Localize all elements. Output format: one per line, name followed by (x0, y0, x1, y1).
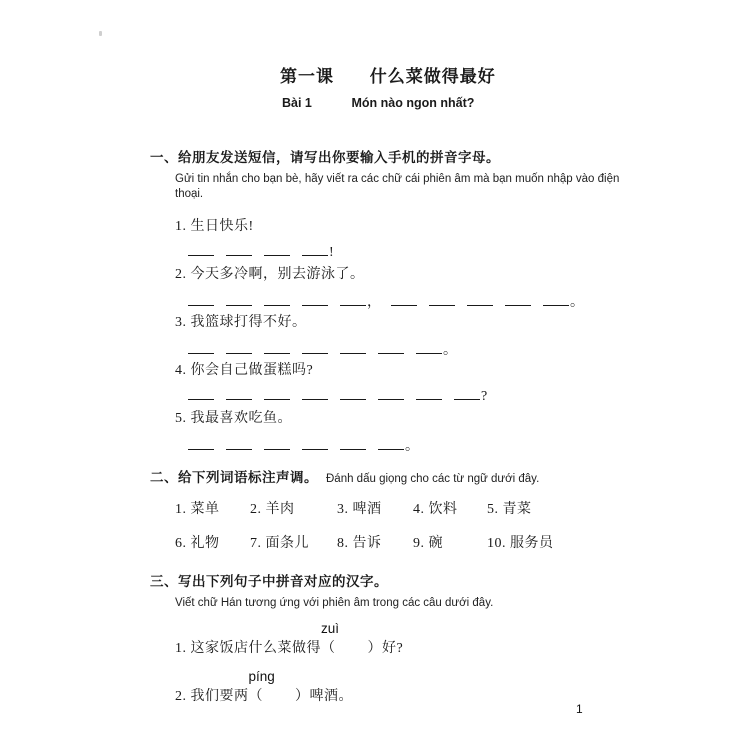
pinyin-hint: zuì (321, 621, 339, 636)
answer-blank-line: ，。 (188, 291, 625, 307)
paren-close: ） (368, 641, 383, 656)
lesson-title-cn: 第一课 什么菜做得最好 (280, 66, 625, 88)
answer-blank (302, 437, 328, 450)
sentence-text: 你会自己做蛋糕吗? (191, 363, 314, 378)
exercise1-item: 1. 生日快乐!! (175, 218, 625, 259)
answer-blank (416, 341, 442, 354)
answer-blank (264, 387, 290, 400)
item-number: 1. (175, 219, 191, 234)
answer-blank (391, 293, 417, 306)
word-text: 啤酒 (353, 502, 382, 517)
answer-blank (264, 243, 290, 256)
word-item: 2. 羊肉 (250, 501, 337, 519)
section-2-heading-cn: 二、给下列词语标注声调。 (150, 470, 318, 485)
answer-blank (378, 387, 404, 400)
item-number: 2. (175, 267, 191, 282)
lesson-number-cn: 第一课 (280, 66, 364, 88)
word-item: 9. 碗 (413, 535, 487, 553)
item-number: 2. (175, 689, 191, 704)
word-number: 9. (413, 536, 429, 551)
exercise1-items: 1. 生日快乐!!2. 今天多冷啊，别去游泳了。，。3. 我篮球打得不好。。4.… (175, 218, 625, 451)
word-number: 1. (175, 502, 191, 517)
section-2-heading: 二、给下列词语标注声调。Đánh dấu giọng cho các từ ng… (150, 469, 625, 487)
worksheet-page: 第一课 什么菜做得最好 Bài 1 Món nào ngon nhất? 一、给… (0, 0, 750, 750)
answer-blank (188, 243, 214, 256)
answer-blank-line: ? (188, 387, 625, 403)
answer-blank (302, 341, 328, 354)
section-2: 二、给下列词语标注声调。Đánh dấu giọng cho các từ ng… (150, 469, 625, 553)
item-number: 3. (175, 315, 191, 330)
word-text: 告诉 (353, 536, 382, 551)
lesson-title-vi: Bài 1 Món nào ngon nhất? (282, 95, 625, 111)
word-text: 面条儿 (266, 536, 310, 551)
word-item: 3. 啤酒 (337, 501, 413, 519)
section-1-heading-cn: 一、给朋友发送短信，请写出你要输入手机的拼音字母。 (150, 149, 625, 167)
answer-blank (340, 387, 366, 400)
sentence-cn: 1. 生日快乐! (175, 218, 625, 236)
word-text: 青菜 (503, 502, 532, 517)
page-content: 第一课 什么菜做得最好 Bài 1 Món nào ngon nhất? 一、给… (150, 66, 625, 706)
pinyin-hint-line: 2. 我们要两píng (175, 668, 625, 685)
word-number: 6. (175, 536, 191, 551)
answer-blank (188, 387, 214, 400)
lesson-number-vi: Bài 1 (282, 95, 348, 111)
word-item: 8. 告诉 (337, 535, 413, 553)
word-item: 5. 青菜 (487, 501, 532, 519)
answer-blank (188, 341, 214, 354)
blank-punctuation: 。 (570, 295, 584, 310)
word-number: 7. (250, 536, 266, 551)
paren-open: （ (321, 641, 336, 656)
word-row: 6. 礼物7. 面条儿8. 告诉9. 碗10. 服务员 (175, 535, 625, 553)
sentence-text: 生日快乐! (191, 219, 254, 234)
word-number: 2. (250, 502, 266, 517)
exercise3-items: 1. 这家饭店什么菜做得zuì1. 这家饭店什么菜做得（）好?2. 我们要两pí… (175, 620, 625, 706)
page-number: 1 (576, 702, 583, 717)
blank-punctuation: 。 (443, 343, 457, 358)
answer-blank (543, 293, 569, 306)
section-3-instruction-vi: Viết chữ Hán tương ứng với phiên âm tron… (175, 596, 625, 611)
section-1: 一、给朋友发送短信，请写出你要输入手机的拼音字母。 Gửi tin nhắn c… (150, 149, 625, 451)
answer-blank (416, 387, 442, 400)
blank-punctuation: ? (481, 389, 487, 404)
answer-blank (226, 293, 252, 306)
answer-blank (340, 293, 366, 306)
exercise1-item: 5. 我最喜欢吃鱼。。 (175, 410, 625, 451)
blank-punctuation: 。 (405, 439, 419, 454)
word-number: 4. (413, 502, 429, 517)
section-3: 三、写出下列句子中拼音对应的汉字。 Viết chữ Hán tương ứng… (150, 573, 625, 706)
pinyin-hint-line: 1. 这家饭店什么菜做得zuì (175, 620, 625, 637)
answer-blank (378, 341, 404, 354)
word-text: 礼物 (191, 536, 220, 551)
answer-blank (378, 437, 404, 450)
paren-open: （ (249, 689, 264, 704)
word-text: 羊肉 (266, 502, 295, 517)
answer-blank-line: ! (188, 243, 625, 259)
exercise3-item: 2. 我们要两píng2. 我们要两（）啤酒。 (175, 668, 625, 706)
word-number: 10. (487, 536, 510, 551)
sentence-text: 我最喜欢吃鱼。 (191, 411, 293, 426)
item-number: 1. (175, 641, 191, 656)
answer-blank (505, 293, 531, 306)
exercise1-item: 2. 今天多冷啊，别去游泳了。，。 (175, 266, 625, 307)
answer-blank (264, 437, 290, 450)
sentence-before: 这家饭店什么菜做得 (191, 641, 322, 656)
lesson-name-vi: Món nào ngon nhất? (351, 96, 474, 110)
word-item: 6. 礼物 (175, 535, 250, 553)
word-item: 1. 菜单 (175, 501, 250, 519)
exercise3-item: 1. 这家饭店什么菜做得zuì1. 这家饭店什么菜做得（）好? (175, 620, 625, 658)
answer-blank (302, 293, 328, 306)
sentence-cn: 4. 你会自己做蛋糕吗? (175, 362, 625, 380)
sentence-text: 今天多冷啊，别去游泳了。 (191, 267, 365, 282)
answer-blank (226, 437, 252, 450)
sentence-cn: 5. 我最喜欢吃鱼。 (175, 410, 625, 428)
section-1-instruction-vi: Gửi tin nhắn cho bạn bè, hãy viết ra các… (175, 172, 625, 202)
answer-blank (226, 243, 252, 256)
answer-blank (302, 243, 328, 256)
word-number: 3. (337, 502, 353, 517)
item-number: 4. (175, 363, 191, 378)
sentence-cn: 1. 这家饭店什么菜做得（）好? (175, 640, 625, 658)
word-text: 服务员 (510, 536, 554, 551)
answer-blank (340, 437, 366, 450)
answer-blank (226, 387, 252, 400)
word-item: 7. 面条儿 (250, 535, 337, 553)
answer-blank (467, 293, 493, 306)
section-2-instruction-vi: Đánh dấu giọng cho các từ ngữ dưới đây. (326, 473, 539, 485)
answer-blank (188, 437, 214, 450)
word-text: 菜单 (191, 502, 220, 517)
word-item: 4. 饮料 (413, 501, 487, 519)
answer-blank (226, 341, 252, 354)
sentence-cn: 2. 我们要两（）啤酒。 (175, 688, 625, 706)
sentence-cn: 3. 我篮球打得不好。 (175, 314, 625, 332)
sentence-text: 我篮球打得不好。 (191, 315, 307, 330)
answer-blank (454, 387, 480, 400)
blank-punctuation: ! (329, 245, 334, 260)
word-number: 8. (337, 536, 353, 551)
answer-blank (264, 293, 290, 306)
lesson-name-cn: 什么菜做得最好 (370, 67, 496, 86)
answer-blank-line: 。 (188, 435, 625, 451)
word-text: 碗 (429, 536, 444, 551)
blank-punctuation: ， (367, 295, 381, 310)
paren-close: ） (295, 689, 310, 704)
sentence-cn: 2. 今天多冷啊，别去游泳了。 (175, 266, 625, 284)
answer-blank (188, 293, 214, 306)
sentence-after: 啤酒。 (310, 689, 354, 704)
pinyin-hint: píng (249, 669, 275, 684)
item-number: 5. (175, 411, 191, 426)
section-3-heading-cn: 三、写出下列句子中拼音对应的汉字。 (150, 573, 625, 591)
answer-blank (302, 387, 328, 400)
exercise2-words: 1. 菜单2. 羊肉3. 啤酒4. 饮料5. 青菜6. 礼物7. 面条儿8. 告… (175, 501, 625, 553)
exercise1-item: 4. 你会自己做蛋糕吗?? (175, 362, 625, 403)
answer-blank-line: 。 (188, 339, 625, 355)
sentence-after: 好? (382, 641, 403, 656)
answer-blank (429, 293, 455, 306)
exercise1-item: 3. 我篮球打得不好。。 (175, 314, 625, 355)
word-number: 5. (487, 502, 503, 517)
answer-blank (264, 341, 290, 354)
word-row: 1. 菜单2. 羊肉3. 啤酒4. 饮料5. 青菜 (175, 501, 625, 519)
scan-speck (99, 31, 102, 36)
word-item: 10. 服务员 (487, 535, 554, 553)
answer-blank (340, 341, 366, 354)
sentence-before: 我们要两 (191, 689, 249, 704)
word-text: 饮料 (429, 502, 458, 517)
